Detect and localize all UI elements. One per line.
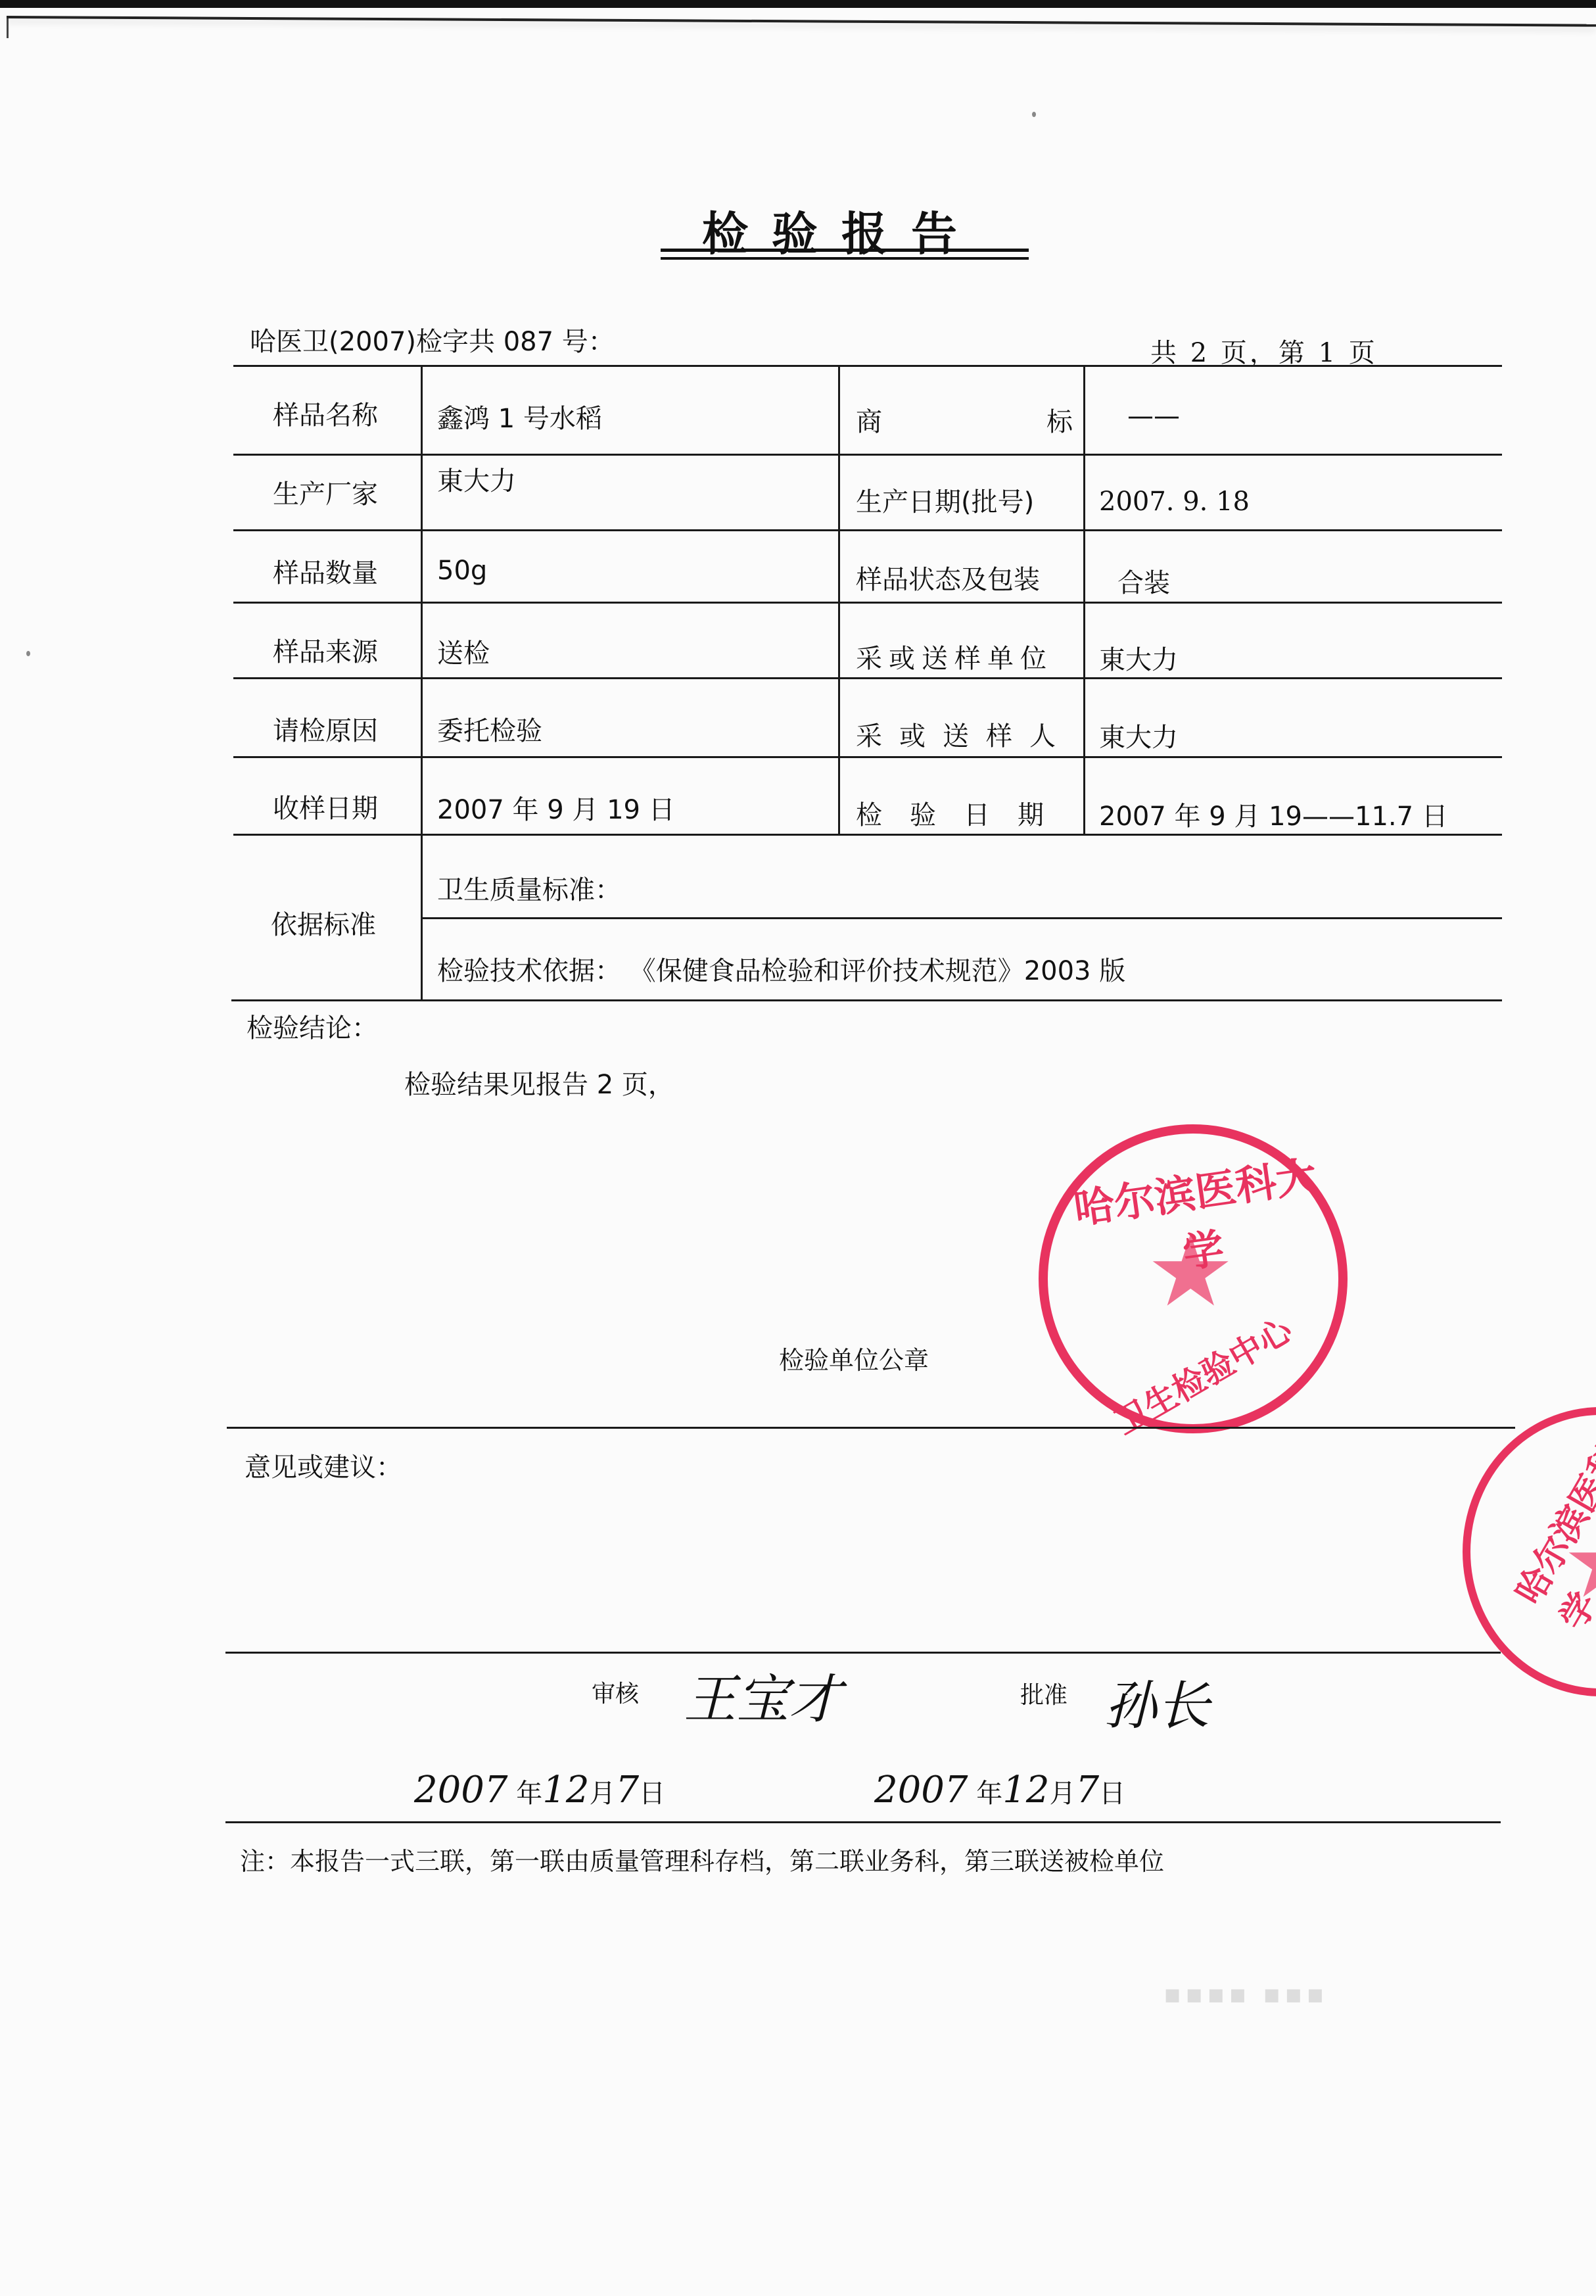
table-line <box>233 529 1502 531</box>
review-label: 审核 <box>592 1675 639 1709</box>
review-date: 2007 年12月7日 <box>414 1769 665 1811</box>
partial-seal-text: 哈尔滨医科大学 <box>1501 1373 1596 1638</box>
value-inspection-date: 2007 年 9 月 19——11.7 日 <box>1099 796 1448 833</box>
table-line <box>233 365 1502 367</box>
conclusion-text: 检验结果见报告 2 页， <box>404 1064 674 1101</box>
faint-bleed-through: ▪▪▪▪ ▪▪▪ <box>1163 1979 1328 2009</box>
approve-signature: 孙长 <box>1104 1663 1209 1739</box>
scan-speck <box>26 651 30 656</box>
seal-outer-text: 哈尔滨医科大学 <box>1067 1143 1330 1293</box>
value-sampling-unit: 東大力 <box>1099 639 1178 677</box>
table-divider <box>421 365 423 999</box>
document-number: 哈医卫(2007)检字共 087 号： <box>250 321 615 358</box>
title-underline-double <box>661 257 1029 260</box>
value-sample-source: 送检 <box>437 633 490 670</box>
label-production-date: 生产日期(批号) <box>856 481 1034 519</box>
year-char: 年 <box>976 1779 1002 1809</box>
scan-speck <box>1032 112 1036 117</box>
approve-date-day: 7 <box>1076 1769 1100 1811</box>
value-sample-quantity: 50g <box>437 556 487 586</box>
paper-top-edge <box>7 16 1596 27</box>
section-divider <box>225 1821 1501 1823</box>
label-trademark-char1: 商 <box>856 401 882 439</box>
table-line <box>231 999 1502 1001</box>
table-line <box>233 602 1502 604</box>
page-info: 共 2 页，第 1 页 <box>1150 332 1378 370</box>
title-underline <box>661 249 1029 252</box>
label-trademark-char2: 标 <box>1046 401 1073 439</box>
label-inspection-reason: 请检原因 <box>273 710 378 748</box>
value-trademark: —— <box>1127 401 1180 431</box>
label-sample-source: 样品来源 <box>273 631 378 669</box>
technical-basis: 检验技术依据： 《保健食品检验和评价技术规范》2003 版 <box>437 950 1125 988</box>
label-sampling-unit: 采或送样单位 <box>856 638 1053 675</box>
value-inspection-reason: 委托检验 <box>437 710 542 748</box>
approve-date: 2007 年12月7日 <box>874 1769 1125 1811</box>
month-char: 月 <box>590 1779 616 1809</box>
section-divider <box>227 1427 1515 1429</box>
day-char: 日 <box>639 1779 665 1809</box>
label-sample-quantity: 样品数量 <box>273 552 378 590</box>
approve-date-month: 12 <box>1002 1769 1049 1811</box>
label-sampler: 采或送样人 <box>856 715 1073 753</box>
day-char: 日 <box>1099 1779 1125 1809</box>
document-title: 检验报告 <box>657 197 1025 264</box>
table-divider <box>1083 365 1085 834</box>
table-divider <box>838 365 840 834</box>
scan-top-border <box>0 0 1596 8</box>
approve-date-year: 2007 <box>874 1769 968 1811</box>
section-divider <box>225 1652 1501 1654</box>
label-trademark: 商标 <box>856 401 1073 439</box>
table-line <box>421 917 1502 919</box>
value-manufacturer: 東大力 <box>437 460 516 498</box>
label-sample-state: 样品状态及包装 <box>856 559 1040 596</box>
month-char: 月 <box>1050 1779 1076 1809</box>
value-sampler: 東大力 <box>1099 717 1178 754</box>
label-inspection-date: 检验日期 <box>856 794 1071 832</box>
official-seal: ★ 哈尔滨医科大学 卫生检验中心 <box>1039 1124 1348 1433</box>
label-manufacturer: 生产厂家 <box>273 473 378 511</box>
label-basis-standard: 依据标准 <box>271 904 376 942</box>
review-date-year: 2007 <box>414 1769 508 1811</box>
label-sample-name: 样品名称 <box>273 395 378 432</box>
table-line <box>233 677 1502 679</box>
review-date-month: 12 <box>542 1769 589 1811</box>
value-receipt-date: 2007 年 9 月 19 日 <box>437 789 675 826</box>
approve-label: 批准 <box>1020 1677 1068 1710</box>
table-line <box>233 834 1502 836</box>
opinion-label: 意见或建议： <box>245 1447 402 1484</box>
table-line <box>233 454 1502 456</box>
value-production-date: 2007. 9. 18 <box>1099 487 1250 517</box>
review-signature: 王宝才 <box>684 1657 841 1733</box>
value-sample-state: 合装 <box>1117 562 1170 600</box>
table-line <box>233 756 1502 758</box>
conclusion-label: 检验结论： <box>246 1007 378 1045</box>
value-sample-name: 鑫鸿 1 号水稻 <box>437 398 602 435</box>
label-receipt-date: 收样日期 <box>273 788 378 825</box>
seal-caption: 检验单位公章 <box>779 1340 929 1376</box>
hygiene-standard: 卫生质量标准： <box>437 869 621 907</box>
footer-note: 注：本报告一式三联，第一联由质量管理科存档，第二联业务科，第三联送被检单位 <box>240 1841 1164 1877</box>
review-date-day: 7 <box>616 1769 640 1811</box>
paper-corner <box>7 18 9 38</box>
year-char: 年 <box>516 1779 542 1809</box>
